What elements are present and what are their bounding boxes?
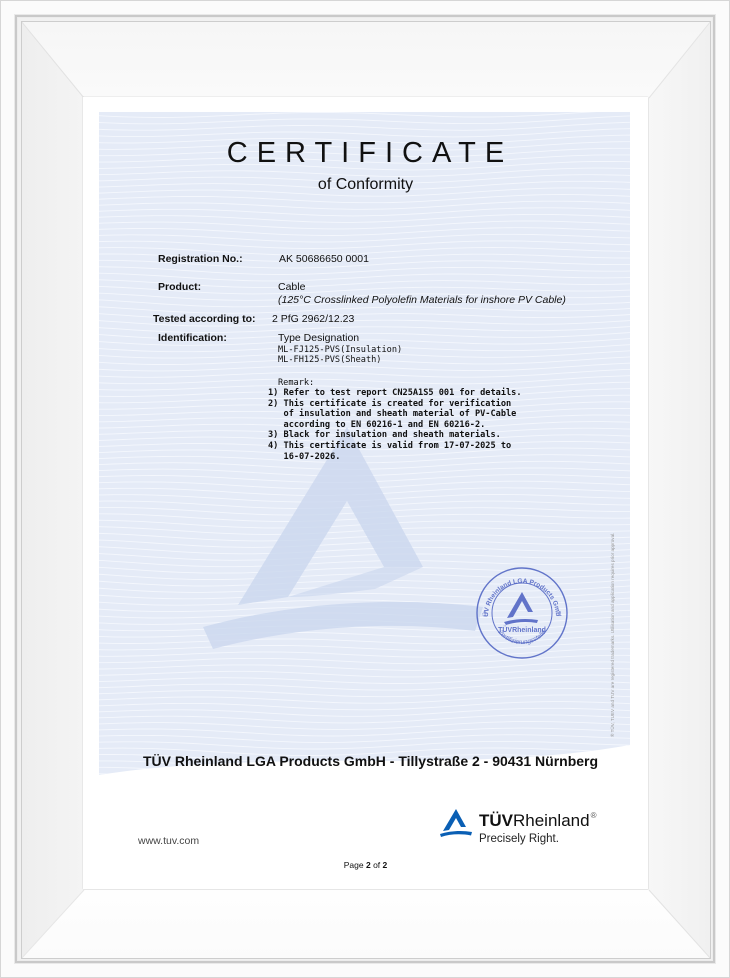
remark-heading: Remark: — [278, 378, 314, 389]
certification-stamp: TÜV Rheinland LGA Products GmbH Zertifiz… — [474, 565, 570, 661]
remark-line: 4) This certificate is valid from 17-07-… — [268, 441, 511, 452]
certificate-title: CERTIFICATE — [83, 137, 648, 170]
product-label: Product: — [158, 281, 201, 293]
remark-line: 2) This certificate is created for verif… — [268, 399, 511, 410]
remark-line: according to EN 60216-1 and EN 60216-2. — [268, 420, 485, 431]
remark-line: 1) Refer to test report CN25A1S5 001 for… — [268, 388, 522, 399]
registration-label: Registration No.: — [158, 253, 243, 265]
product-value: Cable — [278, 281, 305, 293]
issuer-address: TÜV Rheinland LGA Products GmbH - Tillys… — [83, 753, 648, 769]
registration-value: AK 50686650 0001 — [279, 253, 369, 265]
tested-value: 2 PfG 2962/12.23 — [272, 313, 354, 325]
website-link[interactable]: www.tuv.com — [138, 835, 199, 847]
certificate-page: CERTIFICATE of Conformity Registration N… — [83, 97, 648, 889]
type-designation-insulation: ML-FJ125-PVS(Insulation) — [278, 345, 402, 356]
identification-label: Identification: — [158, 332, 227, 344]
svg-text:1: 1 — [483, 611, 487, 618]
tuv-rheinland-logo: TÜVRheinland® Precisely Right. — [439, 805, 609, 850]
product-detail: (125°C Crosslinked Polyolefin Materials … — [278, 294, 566, 306]
svg-text:TÜVRheinland: TÜVRheinland — [498, 625, 546, 634]
type-designation-heading: Type Designation — [278, 332, 359, 344]
trademark-note: ® TÜV, TUEV and TUV are registered trade… — [610, 492, 615, 737]
remark-line: 16-07-2026. — [268, 452, 340, 463]
remark-line: of insulation and sheath material of PV-… — [268, 409, 516, 420]
remark-line: 3) Black for insulation and sheath mater… — [268, 430, 501, 441]
svg-text:1: 1 — [558, 611, 562, 618]
brand-name: TÜVRheinland® — [479, 811, 596, 831]
brand-tagline: Precisely Right. — [479, 833, 559, 845]
svg-text:TÜV Rheinland LGA Products Gmb: TÜV Rheinland LGA Products GmbH — [474, 565, 561, 617]
certificate-subtitle: of Conformity — [83, 176, 648, 194]
tested-label: Tested according to: — [153, 313, 255, 325]
security-background — [83, 97, 648, 889]
type-designation-sheath: ML-FH125-PVS(Sheath) — [278, 355, 381, 366]
tuv-triangle-icon — [439, 807, 473, 837]
stamp-triangle-icon — [504, 592, 538, 625]
page-number: Page 2 of 2 — [83, 860, 648, 870]
